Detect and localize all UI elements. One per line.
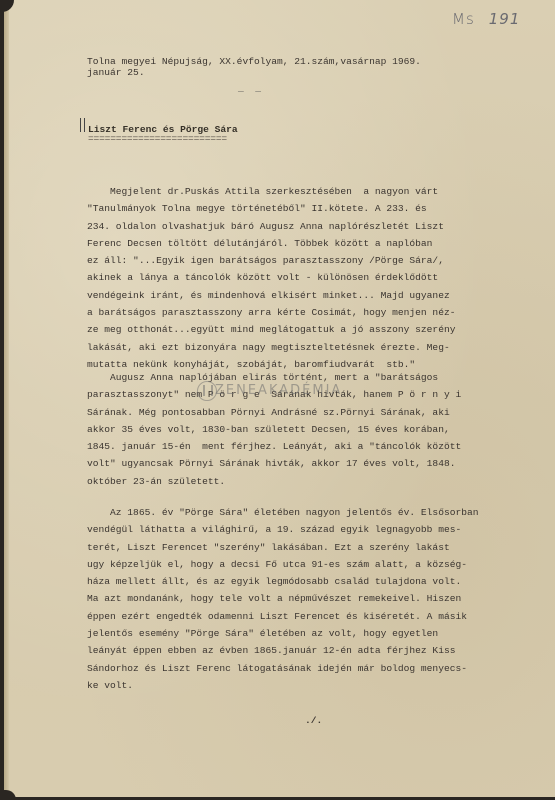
text-line: 1845. január 15-én ment férjhez. Leányát… <box>87 438 461 455</box>
header-line-2: január 25. <box>87 67 145 78</box>
text-line: háza mellett állt, és az egyik legmódosa… <box>87 573 479 590</box>
text-line: Sárának. Még pontosabban Pörnyi Andrásné… <box>87 404 461 421</box>
text-line: Ferenc Decsen töltött délutánjáról. Több… <box>87 235 455 252</box>
text-line: volt" ugyancsak Pörnyi Sárának hivták, a… <box>87 455 461 472</box>
text-line: Sándorhoz és Liszt Ferenc látogatásának … <box>87 660 479 677</box>
text-line: jelentős esemény "Pörge Sára" életében a… <box>87 625 479 642</box>
library-stamp: ZENEAKADÉMIA <box>215 383 342 398</box>
publication-header: Tolna megyei Népujság, XX.évfolyam, 21.s… <box>87 57 421 78</box>
text-line: ugy képzeljük el, hogy a decsi Fő utca 9… <box>87 556 479 573</box>
paragraph-3: Az 1865. év "Pörge Sára" életében nagyon… <box>87 504 479 694</box>
text-line: október 23-án született. <box>87 473 461 490</box>
text-line: Az 1865. év "Pörge Sára" életében nagyon… <box>87 504 479 521</box>
text-line: ke volt. <box>87 677 479 694</box>
text-line: Ma azt mondanánk, hogy tele volt a népmű… <box>87 590 479 607</box>
page-edge <box>4 0 9 797</box>
margin-mark <box>80 118 85 132</box>
continuation-marker: ./. <box>305 712 322 729</box>
shelfmark-number: 191 <box>489 10 521 28</box>
text-line: vendégeink iránt, és mindenhová elkisért… <box>87 287 455 304</box>
text-line: ze meg otthonát...együtt mind meglátogat… <box>87 321 455 338</box>
header-line-1: Tolna megyei Népujság, XX.évfolyam, 21.s… <box>87 56 421 67</box>
text-line: éppen ezért engedték odamenni Liszt Fere… <box>87 608 479 625</box>
text-line: Megjelent dr.Puskás Attila szerkesztéséb… <box>87 183 455 200</box>
text-line: akkor 35 éves volt, 1830-ban született D… <box>87 421 461 438</box>
text-line: 234. oldalon olvashatjuk báró Augusz Ann… <box>87 218 455 235</box>
text-line: akinek a lánya a táncolók között volt - … <box>87 269 455 286</box>
text-line: vendégül láthatta a világhirű, a 19. szá… <box>87 521 479 538</box>
text-line: leányát éppen ebben az évben 1865.január… <box>87 642 479 659</box>
paragraph-1: Megjelent dr.Puskás Attila szerkesztéséb… <box>87 183 455 373</box>
archive-shelfmark: Ms191 <box>452 10 520 28</box>
text-line: lakását, aki ezt bizonyára nagy megtiszt… <box>87 339 455 356</box>
text-line: "Tanulmányok Tolna megye történetéből" I… <box>87 200 455 217</box>
text-line: a barátságos parasztasszony arra kérte C… <box>87 304 455 321</box>
library-stamp-logo-icon <box>197 381 217 401</box>
header-separator: _ _ <box>238 80 261 97</box>
text-line: ez áll: "...Egyik igen barátságos parasz… <box>87 252 455 269</box>
text-line: terét, Liszt Ferencet "szerény" lakásába… <box>87 539 479 556</box>
title-underline: ========================= <box>88 130 227 147</box>
shelfmark-prefix: Ms <box>452 10 475 28</box>
